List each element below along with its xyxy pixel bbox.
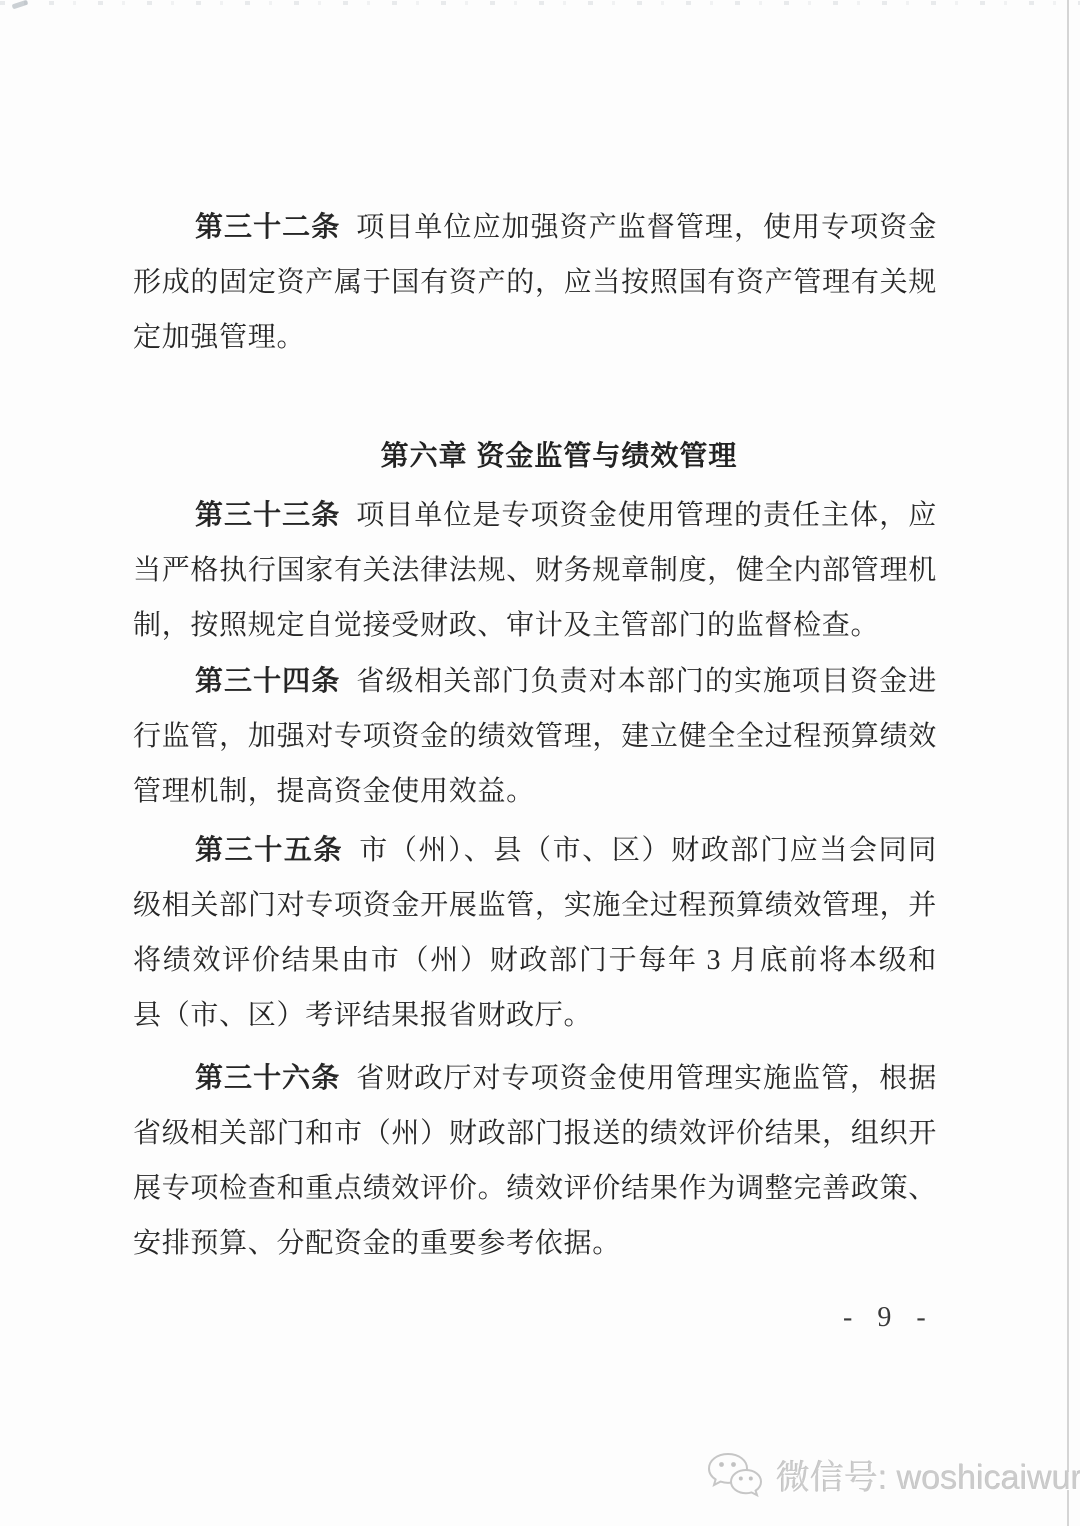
- article-36-number: 第三十六条: [195, 1062, 340, 1093]
- document-body: 第三十二条项目单位应加强资产监督管理，使用专项资金形成的固定资产属于国有资产的，…: [133, 199, 937, 1271]
- article-34-paragraph: 第三十四条省级相关部门负责对本部门的实施项目资金进行监管，加强对专项资金的绩效管…: [133, 653, 937, 819]
- article-36-paragraph: 第三十六条省财政厅对专项资金使用管理实施监管，根据省级相关部门和市（州）财政部门…: [133, 1050, 937, 1271]
- article-33-paragraph: 第三十三条项目单位是专项资金使用管理的责任主体，应当严格执行国家有关法律法规、财…: [133, 487, 937, 653]
- wechat-watermark: 微信号: woshicaiwuren: [706, 1450, 1080, 1499]
- chapter-6-heading: 第六章 资金监管与绩效管理: [157, 428, 961, 484]
- article-32-paragraph: 第三十二条项目单位应加强资产监督管理，使用专项资金形成的固定资产属于国有资产的，…: [133, 199, 937, 365]
- wechat-icon: [706, 1451, 764, 1499]
- wechat-id-text: 微信号: woshicaiwuren: [776, 1450, 1080, 1499]
- article-33-number: 第三十三条: [195, 499, 340, 530]
- scanned-document-page: 第三十二条项目单位应加强资产监督管理，使用专项资金形成的固定资产属于国有资产的，…: [0, 0, 1080, 1526]
- page-edge-line: [1067, 0, 1069, 1526]
- scan-artifact-top: [0, 1, 1080, 5]
- article-32-number: 第三十二条: [195, 211, 340, 242]
- article-35-number: 第三十五条: [195, 834, 343, 865]
- article-35-paragraph: 第三十五条市（州）、县（市、区）财政部门应当会同同级相关部门对专项资金开展监管，…: [133, 822, 937, 1043]
- page-number: - 9 -: [843, 1302, 935, 1334]
- article-34-number: 第三十四条: [195, 665, 340, 696]
